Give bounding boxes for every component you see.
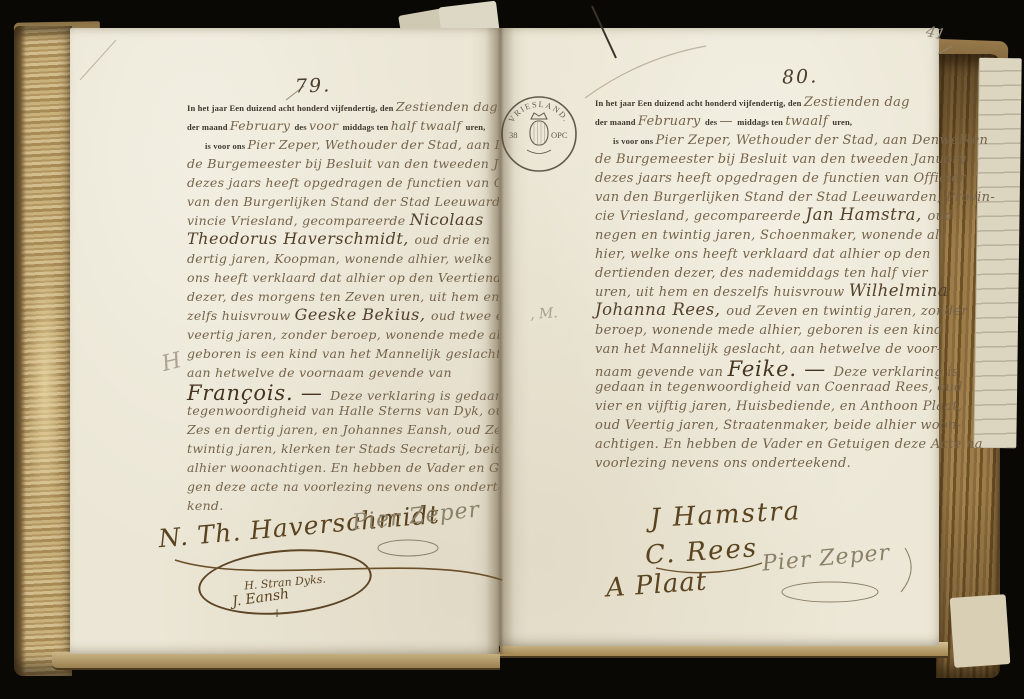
text-line: zelfs huisvrouw Geeske Bekius, oud twee … xyxy=(187,305,487,324)
handwritten-text: oud drie en xyxy=(414,232,490,247)
handwritten-text: dezes jaars heeft opgedragen de functien… xyxy=(187,175,544,190)
text-line: vier en vijftig jaren, Huisbediende, en … xyxy=(595,395,943,414)
handwritten-text: dertienden dezer, des nademiddags ten ha… xyxy=(595,266,928,281)
printed-text: uren, xyxy=(832,117,852,127)
text-line: is voor ons Pier Zeper, Wethouder der St… xyxy=(595,129,943,148)
handwritten-text: twaalf xyxy=(785,114,832,129)
printed-text: der maand xyxy=(595,117,638,127)
printed-text: middags ten xyxy=(737,117,785,127)
handwritten-text: de Burgemeester bij Besluit van den twee… xyxy=(187,156,545,171)
handwritten-text: twintig jaren, klerken ter Stads Secreta… xyxy=(187,441,511,456)
handwritten-text: tegenwoordigheid van Halle Sterns van Dy… xyxy=(187,403,512,418)
handwritten-text: vincie Vriesland, gecompareerde xyxy=(187,213,410,228)
handwritten-text: van den Burgerlijken Stand der Stad Leeu… xyxy=(595,190,995,205)
handwritten-text: kend. xyxy=(187,498,224,513)
text-line: geboren is een kind van het Mannelijk ge… xyxy=(187,343,487,362)
text-line: der maand February des — middags ten twa… xyxy=(595,110,943,129)
text-line: gen deze acte na voorlezing nevens ons o… xyxy=(187,476,487,495)
handwritten-text: Zes en dertig jaren, en Johannes Eansh, … xyxy=(187,422,529,437)
handwritten-text: Zestienden dag xyxy=(804,95,910,110)
text-line: Zes en dertig jaren, en Johannes Eansh, … xyxy=(187,419,487,438)
text-line: de Burgemeester bij Besluit van den twee… xyxy=(187,153,487,172)
handwritten-text: — xyxy=(720,114,738,129)
pencil-margin-mark-79: H xyxy=(159,348,184,377)
act-text-80: In het jaar Een duizend acht honderd vij… xyxy=(595,91,943,471)
handwritten-text: ons heeft verklaard dat alhier op den Ve… xyxy=(187,270,518,285)
text-line: gedaan in tegenwoordigheid van Coenraad … xyxy=(595,376,943,395)
text-line: dezes jaars heeft opgedragen de functien… xyxy=(187,172,487,191)
text-line: de Burgemeester bij Besluit van den twee… xyxy=(595,148,943,167)
text-line: oud Veertig jaren, Straatenmaker, beide … xyxy=(595,414,943,433)
handwritten-text: half twaalf xyxy=(391,118,466,133)
text-line: cie Vriesland, gecompareerde Jan Hamstra… xyxy=(595,205,943,224)
pencil-margin-mark-80: , M. xyxy=(529,305,558,323)
handwritten-text: beroep, wonende mede alhier, geboren is … xyxy=(595,323,943,338)
stamp-crown-icon xyxy=(531,113,547,119)
text-line: voorlezing nevens ons onderteekend. xyxy=(595,452,943,471)
text-line: alhier woonachtigen. En hebben de Vader … xyxy=(187,457,487,476)
handwritten-text: Nicolaas xyxy=(410,210,484,229)
text-line: uren, uit hem en deszelfs huisvrouw Wilh… xyxy=(595,281,943,300)
handwritten-text: oud Zeven en twintig jaren, zonder xyxy=(726,304,968,319)
vriesland-tax-stamp: VRIESLAND. 38 OPC xyxy=(497,90,581,174)
left-page-stack-edge xyxy=(14,26,72,676)
pencil-folio-number: 41 xyxy=(924,22,946,44)
handwritten-text: aan hetwelve de voornaam gevende van xyxy=(187,365,452,380)
text-line: François. — Deze verklaring is gedaan in xyxy=(187,381,487,400)
handwritten-text: gedaan in tegenwoordigheid van Coenraad … xyxy=(595,380,963,395)
text-line: dezer, des morgens ten Zeven uren, uit h… xyxy=(187,286,487,305)
handwritten-text: voorlezing nevens ons onderteekend. xyxy=(595,456,851,471)
handwritten-text: Theodorus Haverschmidt, xyxy=(187,229,414,248)
handwritten-text: zelfs huisvrouw xyxy=(187,308,295,323)
text-line: Theodorus Haverschmidt, oud drie en xyxy=(187,229,487,248)
handwritten-text: dezes jaars heeft opgedragen de functien… xyxy=(595,171,966,186)
printed-text: des xyxy=(705,117,720,127)
printed-text: des xyxy=(294,122,309,132)
text-line: Johanna Rees, oud Zeven en twintig jaren… xyxy=(595,300,943,319)
text-line: vincie Vriesland, gecompareerde Nicolaas xyxy=(187,210,487,229)
register-book-photo: 79. In het jaar Een duizend acht honderd… xyxy=(0,0,1024,699)
handwritten-text: Johanna Rees, xyxy=(595,300,726,319)
handwritten-text: February xyxy=(230,118,295,133)
handwritten-text: van het Mannelijk geslacht, aan hetwelve… xyxy=(595,342,942,357)
text-line: van den Burgerlijken Stand der Stad Leeu… xyxy=(595,186,943,205)
handwritten-text: voor xyxy=(309,118,343,133)
text-line: dertig jaren, Koopman, wonende alhier, w… xyxy=(187,248,487,267)
text-line: In het jaar Een duizend acht honderd vij… xyxy=(595,91,943,110)
text-line: van het Mannelijk geslacht, aan hetwelve… xyxy=(595,338,943,357)
handwritten-text: negen en twintig jaren, Schoenmaker, won… xyxy=(595,228,944,243)
handwritten-text: de Burgemeester bij Besluit van den twee… xyxy=(595,152,966,167)
bottom-page-stack-left xyxy=(52,652,500,670)
handwritten-text: oud xyxy=(927,209,952,224)
text-line: van den Burgerlijken Stand der Stad Leeu… xyxy=(187,191,487,210)
handwritten-text: Zestienden dag xyxy=(396,99,498,114)
stamp-right-text: OPC xyxy=(551,130,568,140)
handwritten-text: uren, uit hem en deszelfs huisvrouw xyxy=(595,285,849,300)
text-line: hier, welke ons heeft verklaard dat alhi… xyxy=(595,243,943,262)
protruding-sheet xyxy=(973,58,1021,449)
printed-text: is voor ons xyxy=(613,136,656,146)
handwritten-text: Geeske Bekius, xyxy=(295,305,431,324)
handwritten-text: van den Burgerlijken Stand der Stad Leeu… xyxy=(187,194,552,209)
handwritten-text: February xyxy=(638,114,705,129)
stamp-shield-icon xyxy=(530,121,548,145)
printed-text: middags ten xyxy=(343,122,391,132)
handwritten-text: vier en vijftig jaren, Huisbediende, en … xyxy=(595,399,962,414)
text-line: ons heeft verklaard dat alhier op den Ve… xyxy=(187,267,487,286)
handwritten-text: hier, welke ons heeft verklaard dat alhi… xyxy=(595,247,931,262)
stamp-left-text: 38 xyxy=(509,130,518,140)
text-line: beroep, wonende mede alhier, geboren is … xyxy=(595,319,943,338)
printed-text: der maand xyxy=(187,122,230,132)
handwritten-text: Jan Hamstra, xyxy=(805,205,927,224)
text-line: is voor ons Pier Zeper, Wethouder der St… xyxy=(187,134,487,153)
printed-text: In het jaar Een duizend acht honderd vij… xyxy=(187,103,396,113)
page-number-79: 79. xyxy=(295,74,332,97)
protruding-sheet-bottom xyxy=(950,594,1011,668)
text-line: der maand February des voor middags ten … xyxy=(187,115,487,134)
text-line: negen en twintig jaren, Schoenmaker, won… xyxy=(595,224,943,243)
handwritten-text: achtigen. En hebben de Vader en Getuigen… xyxy=(595,437,983,452)
handwritten-text: Wilhelmina xyxy=(849,281,948,300)
printed-text: is voor ons xyxy=(205,141,248,151)
page-number-80: 80. xyxy=(782,65,819,88)
signature-cross-mark: + xyxy=(272,606,282,620)
text-line: achtigen. En hebben de Vader en Getuigen… xyxy=(595,433,943,452)
text-line: tegenwoordigheid van Halle Sterns van Dy… xyxy=(187,400,487,419)
handwritten-text: veertig jaren, zonder beroep, wonende me… xyxy=(187,327,530,342)
printed-text: uren, xyxy=(466,122,486,132)
text-line: aan hetwelve de voornaam gevende van xyxy=(187,362,487,381)
handwritten-text: dertig jaren, Koopman, wonende alhier, w… xyxy=(187,251,492,266)
handwritten-text: geboren is een kind van het Mannelijk ge… xyxy=(187,346,506,361)
handwritten-text: alhier woonachtigen. En hebben de Vader … xyxy=(187,460,529,475)
text-line: veertig jaren, zonder beroep, wonende me… xyxy=(187,324,487,343)
text-line: naam gevende van Feike. — Deze verklarin… xyxy=(595,357,943,376)
handwritten-text: gen deze acte na voorlezing nevens ons o… xyxy=(187,479,510,494)
text-line: twintig jaren, klerken ter Stads Secreta… xyxy=(187,438,487,457)
printed-text: In het jaar Een duizend acht honderd vij… xyxy=(595,98,804,108)
handwritten-text: Pier Zeper, Wethouder der Stad, aan Denw… xyxy=(656,133,989,148)
handwritten-text: oud Veertig jaren, Straatenmaker, beide … xyxy=(595,418,961,433)
act-text-79: In het jaar Een duizend acht honderd vij… xyxy=(187,96,487,514)
handwritten-text: dezer, des morgens ten Zeven uren, uit h… xyxy=(187,289,531,304)
text-line: In het jaar Een duizend acht honderd vij… xyxy=(187,96,487,115)
handwritten-text: cie Vriesland, gecompareerde xyxy=(595,209,805,224)
text-line: dezes jaars heeft opgedragen de functien… xyxy=(595,167,943,186)
text-line: dertienden dezer, des nademiddags ten ha… xyxy=(595,262,943,281)
